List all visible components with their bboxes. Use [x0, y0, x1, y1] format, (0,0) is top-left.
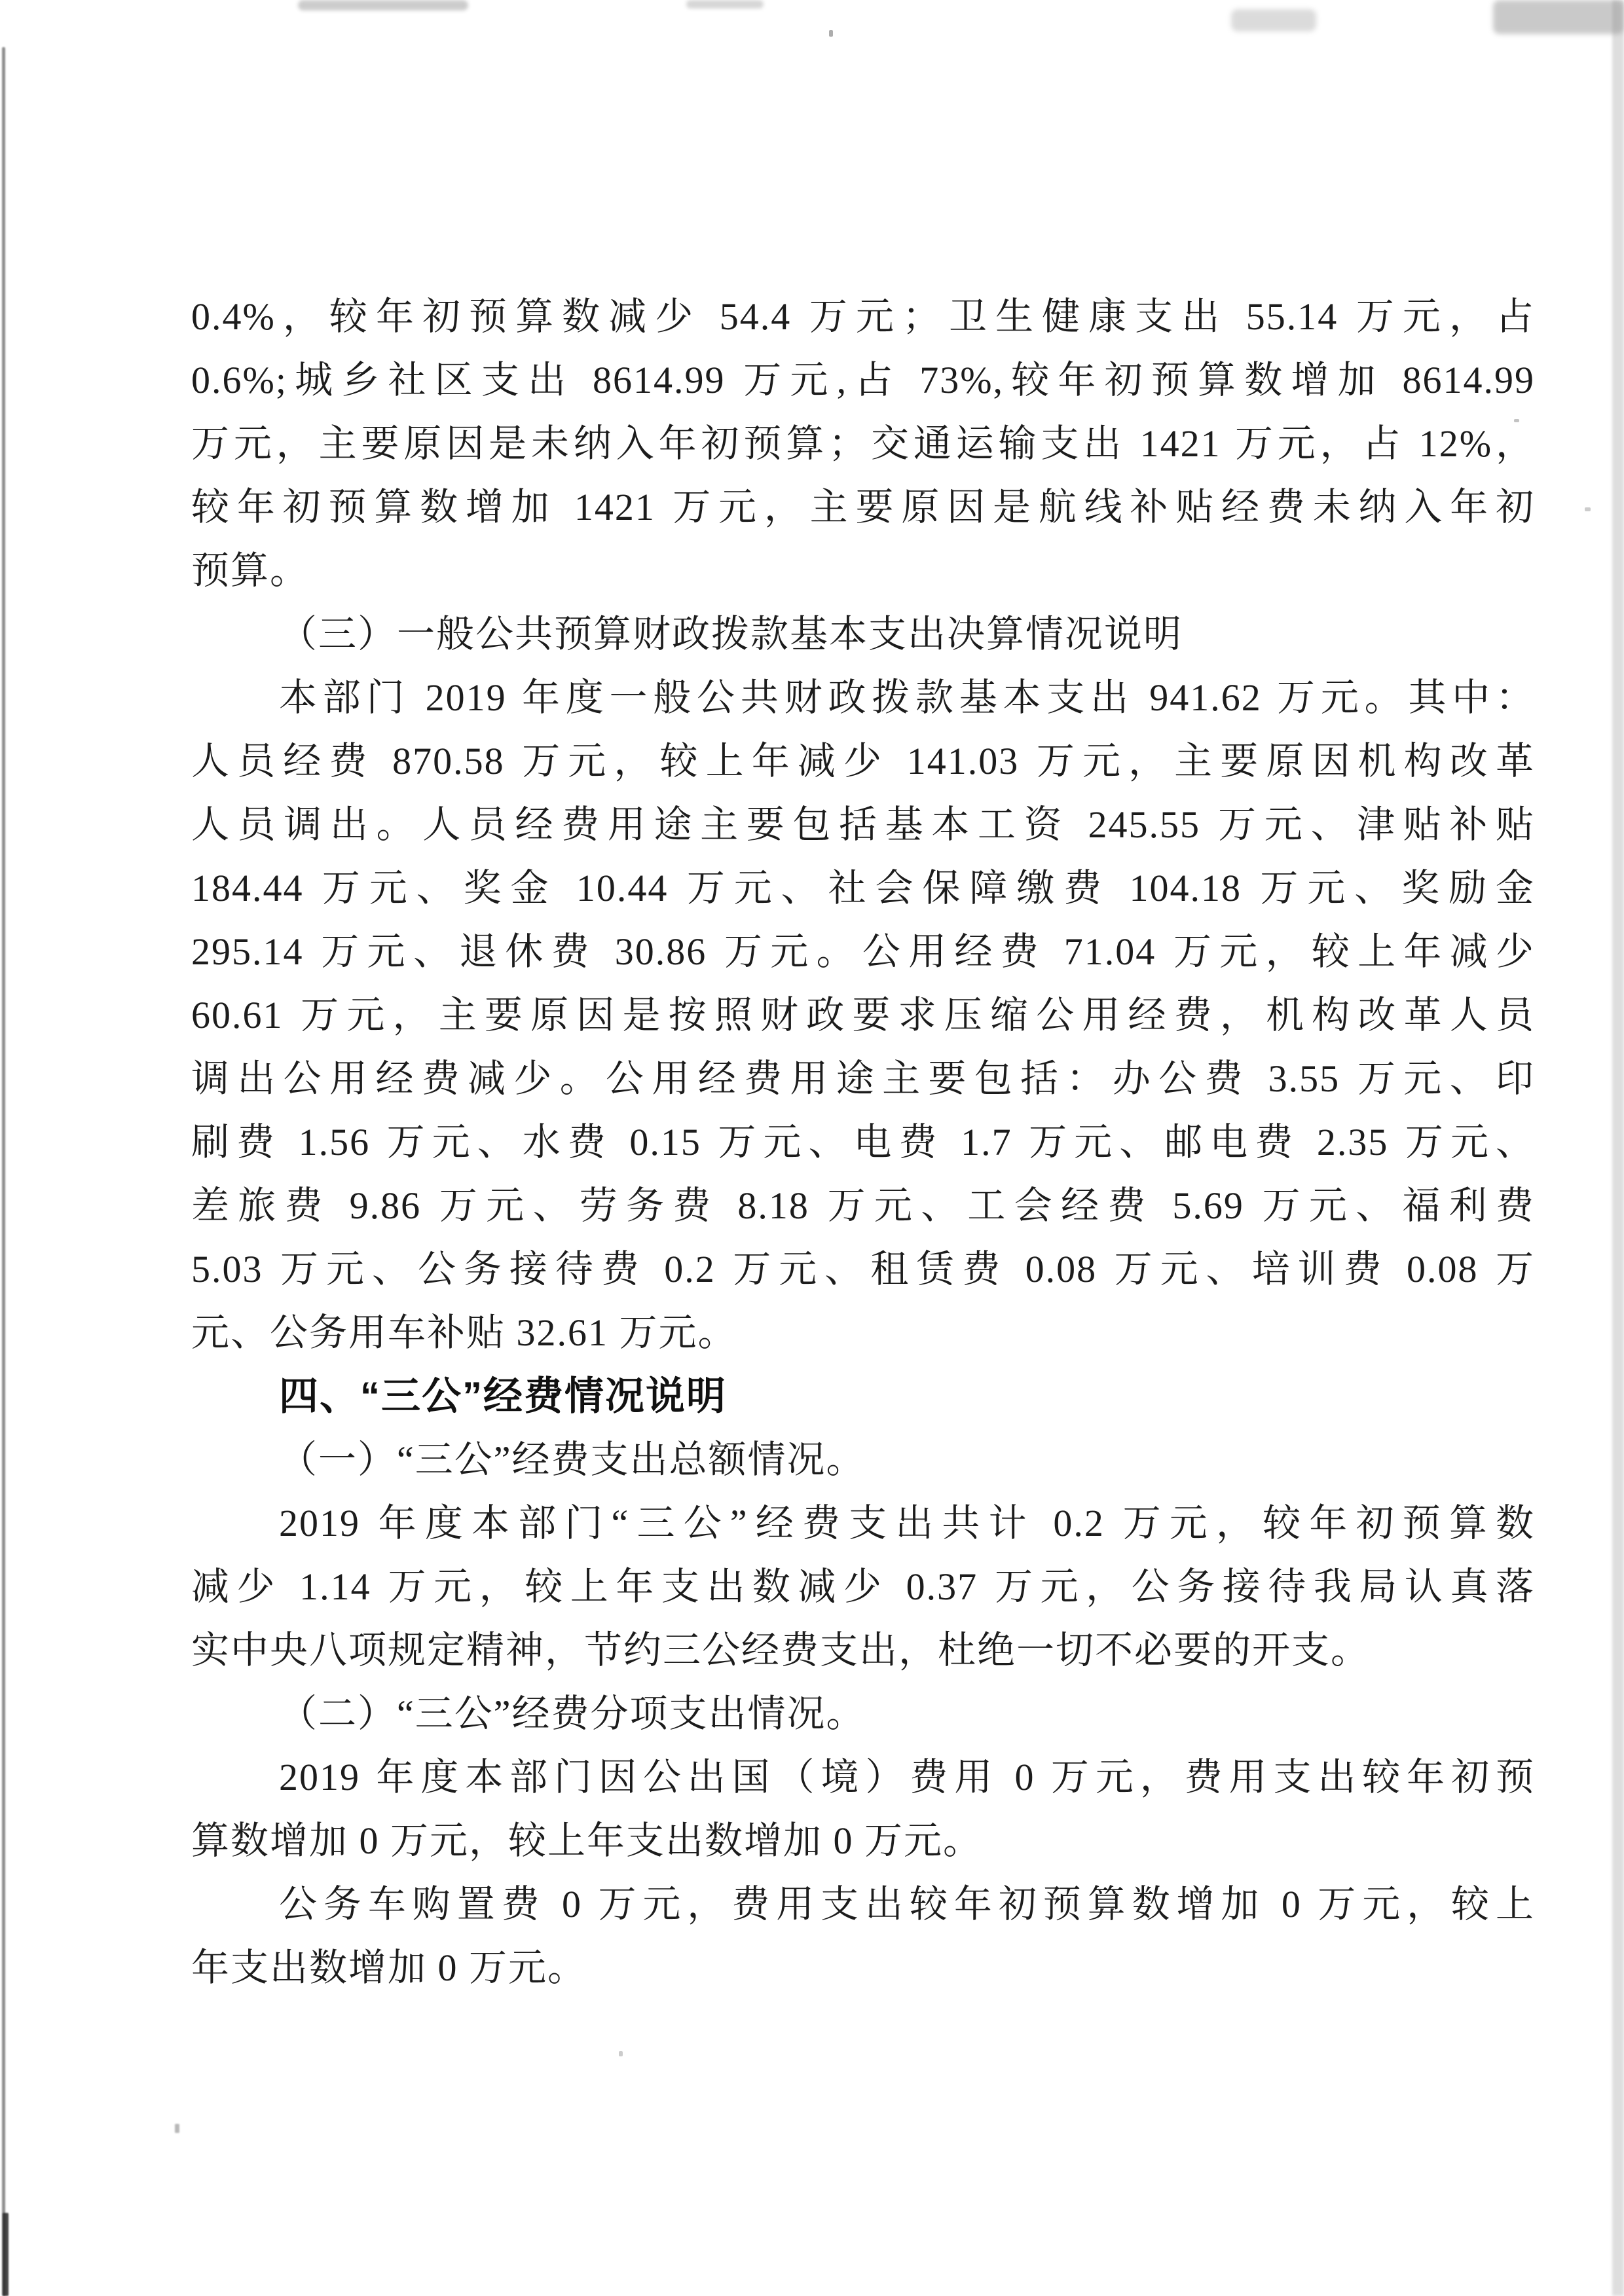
speck-bottom-left [175, 2124, 179, 2133]
text-line: 295.14 万元、退休费 30.86 万元。公用经费 71.04 万元，较上年… [191, 920, 1535, 983]
text-line: （一）“三公”经费支出总额情况。 [191, 1428, 1535, 1491]
speck-right-margin-2 [1585, 507, 1591, 511]
speck-top-left [829, 30, 833, 37]
top-edge-smudge-1 [298, 0, 468, 10]
text-line: 预算。 [191, 539, 1535, 602]
text-line: 年支出数增加 0 万元。 [191, 1936, 1535, 1999]
text-line: 差旅费 9.86 万元、劳务费 8.18 万元、工会经费 5.69 万元、福利费 [191, 1174, 1535, 1237]
document-page: 0.4%，较年初预算数减少 54.4 万元；卫生健康支出 55.14 万元，占0… [0, 0, 1624, 2296]
text-line: 刷费 1.56 万元、水费 0.15 万元、电费 1.7 万元、邮电费 2.35… [191, 1110, 1535, 1174]
text-line: （二）“三公”经费分项支出情况。 [191, 1682, 1535, 1745]
left-edge-bottom-mark [3, 2213, 9, 2296]
text-line: 算数增加 0 万元，较上年支出数增加 0 万元。 [191, 1809, 1535, 1872]
top-right-corner-smudge [1493, 0, 1624, 34]
left-edge-scan-line [2, 47, 5, 2296]
speck-bottom-center [619, 2051, 623, 2056]
text-line: 0.6%;城乡社区支出 8614.99 万元,占 73%,较年初预算数增加 86… [191, 348, 1535, 412]
text-line: 60.61 万元，主要原因是按照财政要求压缩公用经费，机构改革人员 [191, 983, 1535, 1047]
text-line: 2019 年度本部门“三公”经费支出共计 0.2 万元，较年初预算数 [191, 1491, 1535, 1555]
text-line: 减少 1.14 万元，较上年支出数减少 0.37 万元，公务接待我局认真落 [191, 1555, 1535, 1618]
text-line: 5.03 万元、公务接待费 0.2 万元、租赁费 0.08 万元、培训费 0.0… [191, 1237, 1535, 1301]
right-edge-scan-strip [1612, 0, 1624, 2296]
top-edge-smudge-3 [1231, 9, 1316, 31]
text-line: 实中央八项规定精神，节约三公经费支出，杜绝一切不必要的开支。 [191, 1618, 1535, 1682]
text-line: 较年初预算数增加 1421 万元，主要原因是航线补贴经费未纳入年初 [191, 475, 1535, 539]
text-line: （三）一般公共预算财政拨款基本支出决算情况说明 [191, 602, 1535, 666]
text-line: 人员调出。人员经费用途主要包括基本工资 245.55 万元、津贴补贴 [191, 793, 1535, 856]
section-heading-line: 四、“三公”经费情况说明 [191, 1364, 1535, 1428]
text-line: 调出公用经费减少。公用经费用途主要包括：办公费 3.55 万元、印 [191, 1047, 1535, 1110]
text-line: 人员经费 870.58 万元，较上年减少 141.03 万元，主要原因机构改革 [191, 729, 1535, 793]
top-edge-smudge-2 [686, 0, 764, 9]
document-body: 0.4%，较年初预算数减少 54.4 万元；卫生健康支出 55.14 万元，占0… [191, 285, 1535, 1999]
text-line: 2019 年度本部门因公出国（境）费用 0 万元，费用支出较年初预 [191, 1745, 1535, 1809]
text-line: 元、公务用车补贴 32.61 万元。 [191, 1301, 1535, 1364]
text-line: 本部门 2019 年度一般公共财政拨款基本支出 941.62 万元。其中： [191, 666, 1535, 729]
text-line: 184.44 万元、奖金 10.44 万元、社会保障缴费 104.18 万元、奖… [191, 856, 1535, 920]
text-line: 公务车购置费 0 万元，费用支出较年初预算数增加 0 万元，较上 [191, 1872, 1535, 1936]
text-line: 0.4%，较年初预算数减少 54.4 万元；卫生健康支出 55.14 万元，占 [191, 285, 1535, 348]
text-line: 万元，主要原因是未纳入年初预算；交通运输支出 1421 万元，占 12%， [191, 412, 1535, 475]
